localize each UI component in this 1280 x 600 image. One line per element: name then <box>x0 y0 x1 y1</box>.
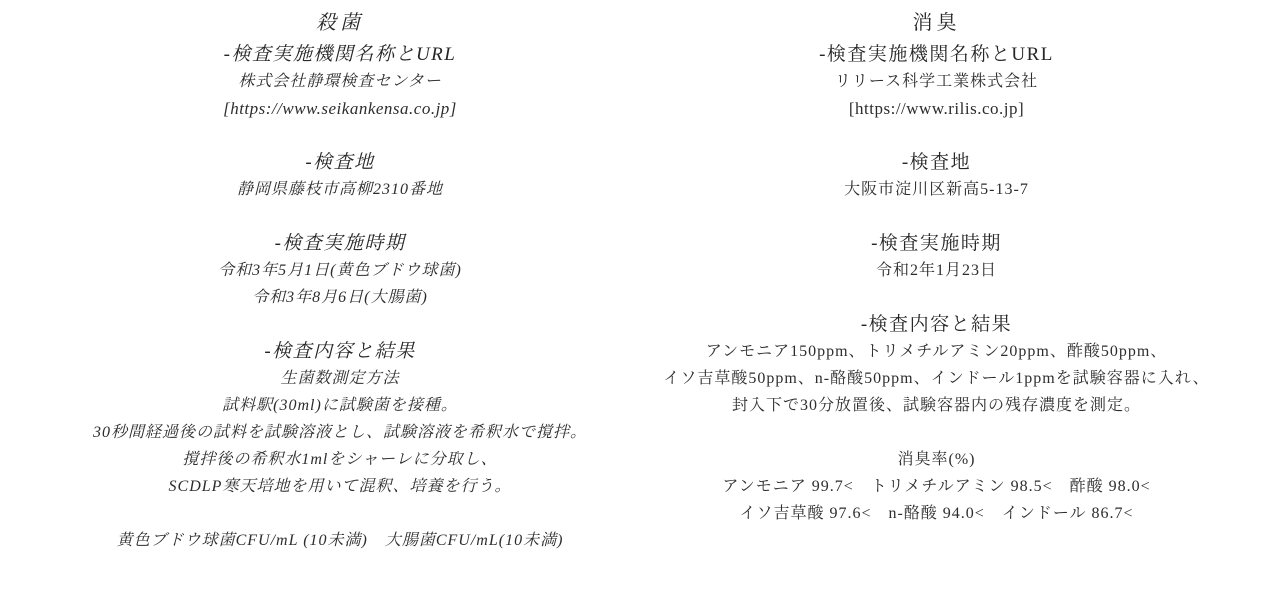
section-heading: -検査地 <box>20 149 660 176</box>
text-line: 撹拌後の希釈水1mlをシャーレに分取し、 <box>20 446 660 473</box>
spacer <box>20 122 660 149</box>
spacer <box>20 500 660 527</box>
text-line: 大阪市淀川区新高5-13-7 <box>650 176 1223 203</box>
spacer <box>650 203 1223 230</box>
section-heading: -検査実施機関名称とURL <box>20 41 660 68</box>
section-heading: -検査実施時期 <box>20 230 660 257</box>
section-sterilization: 殺菌-検査実施機関名称とURL株式会社静環検査センター[https://www.… <box>20 0 660 554</box>
section-title: 消臭 <box>650 8 1223 39</box>
text-line: 試料駅(30ml)に試験菌を接種。 <box>20 392 660 419</box>
text-line: SCDLP寒天培地を用いて混釈、培養を行う。 <box>20 473 660 500</box>
text-line: 30秒間経過後の試料を試験溶液とし、試験溶液を希釈水で撹拌。 <box>20 419 660 446</box>
section-heading: -検査地 <box>650 149 1223 176</box>
text-line: 生菌数測定方法 <box>20 365 660 392</box>
text-line: イソ吉草酸50ppm、n-酪酸50ppm、インドール1ppmを試験容器に入れ、 <box>650 365 1223 392</box>
section-heading: -検査内容と結果 <box>20 338 660 365</box>
text-line: 令和2年1月23日 <box>650 257 1223 284</box>
text-line: リリース科学工業株式会社 <box>650 68 1223 95</box>
url-line[interactable]: [https://www.rilis.co.jp] <box>650 95 1223 122</box>
text-line: 令和3年5月1日(黄色ブドウ球菌) <box>20 257 660 284</box>
section-heading: -検査実施機関名称とURL <box>650 41 1223 68</box>
text-line: イソ吉草酸 97.6< n-酪酸 94.0< インドール 86.7< <box>650 500 1223 527</box>
text-line: 黄色ブドウ球菌CFU/mL (10未満) 大腸菌CFU/mL(10未満) <box>20 527 660 554</box>
text-line: アンモニア 99.7< トリメチルアミン 98.5< 酢酸 98.0< <box>650 473 1223 500</box>
text-line: 消臭率(%) <box>650 446 1223 473</box>
spacer <box>20 311 660 338</box>
text-line: 封入下で30分放置後、試験容器内の残存濃度を測定。 <box>650 392 1223 419</box>
text-line: アンモニア150ppm、トリメチルアミン20ppm、酢酸50ppm、 <box>650 338 1223 365</box>
spacer <box>20 203 660 230</box>
text-line: 静岡県藤枝市高柳2310番地 <box>20 176 660 203</box>
spacer <box>650 122 1223 149</box>
section-deodorization: 消臭-検査実施機関名称とURLリリース科学工業株式会社[https://www.… <box>650 0 1223 527</box>
section-heading: -検査実施時期 <box>650 230 1223 257</box>
url-line[interactable]: [https://www.seikankensa.co.jp] <box>20 95 660 122</box>
section-title: 殺菌 <box>20 8 660 39</box>
spacer <box>650 284 1223 311</box>
test-report-document: 殺菌-検査実施機関名称とURL株式会社静環検査センター[https://www.… <box>0 0 1280 600</box>
text-line: 株式会社静環検査センター <box>20 68 660 95</box>
section-heading: -検査内容と結果 <box>650 311 1223 338</box>
text-line: 令和3年8月6日(大腸菌) <box>20 284 660 311</box>
spacer <box>650 419 1223 446</box>
